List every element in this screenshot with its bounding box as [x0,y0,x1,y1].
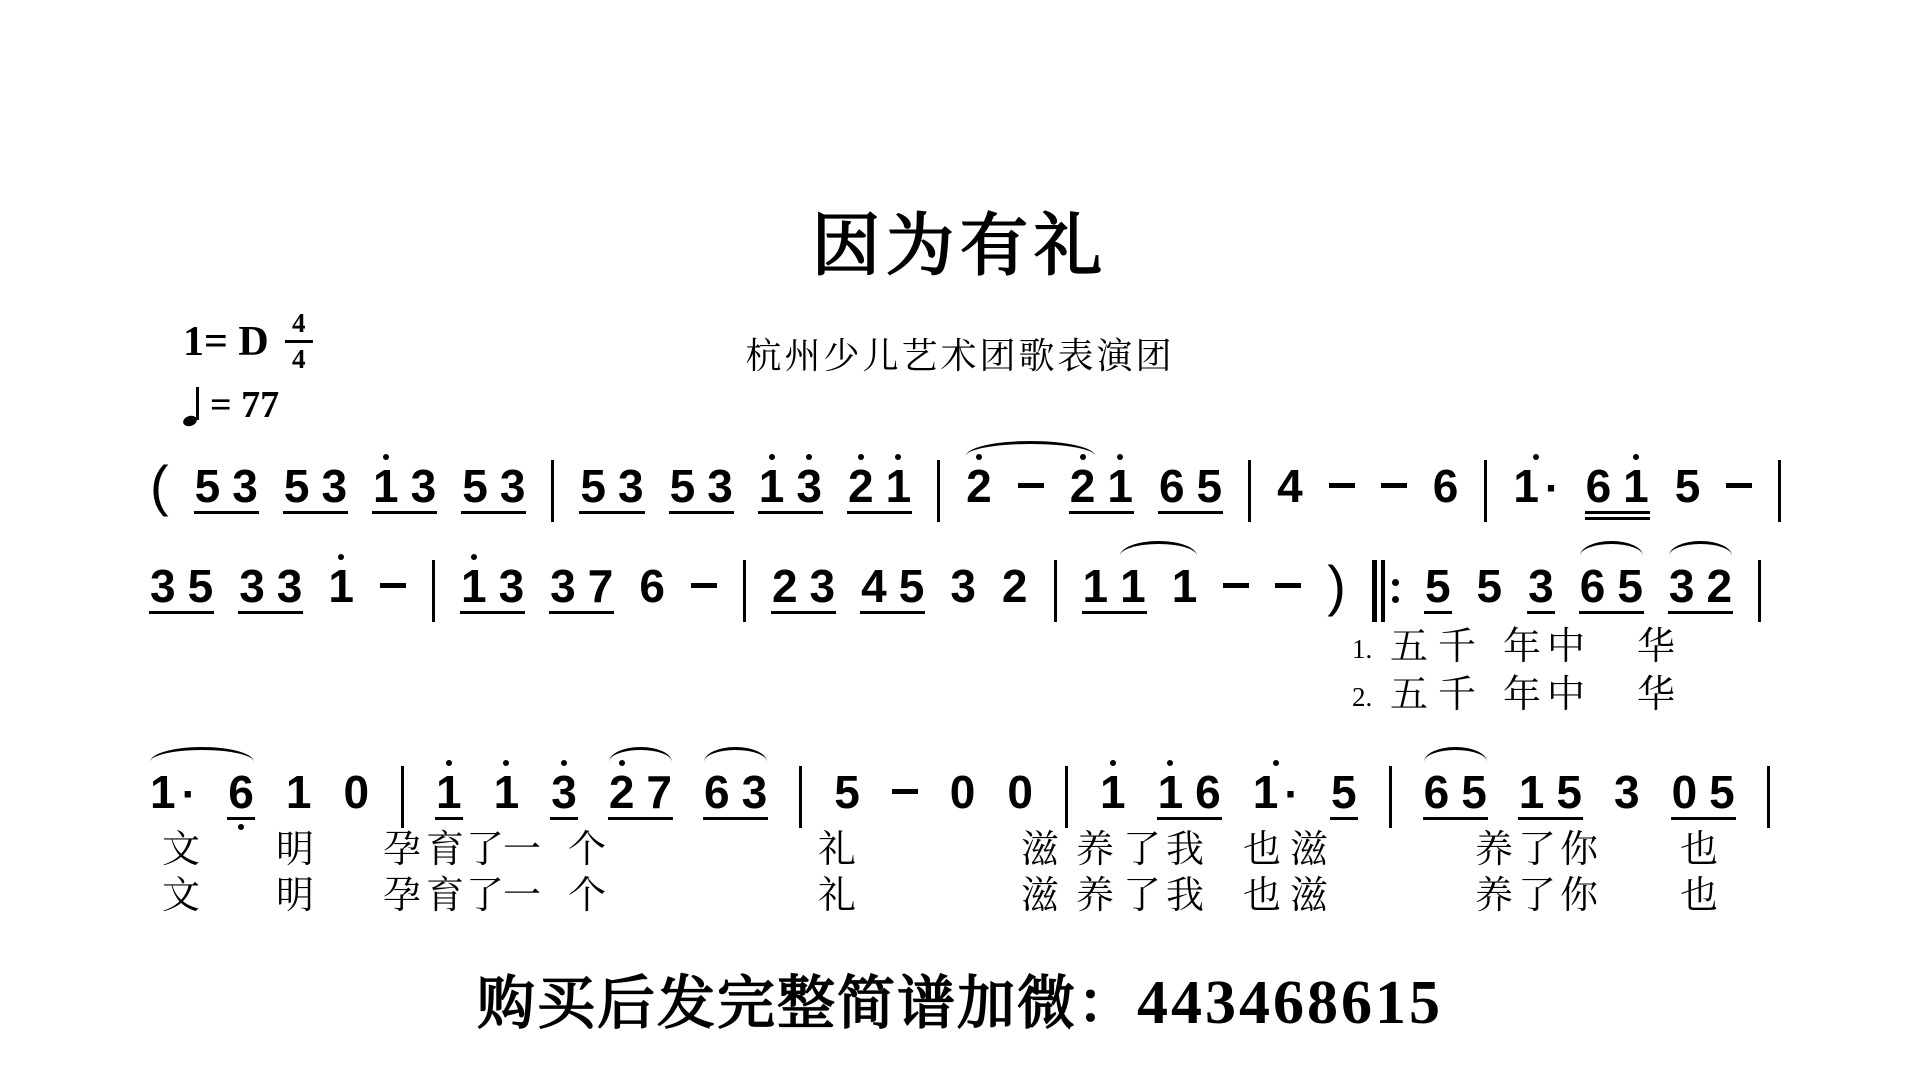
lyric-syllable: 了 [1123,877,1161,915]
duration-dash [1018,452,1044,488]
augmentation-dot: · [1545,469,1560,509]
slur-arc [1424,747,1487,762]
note: 5 [1477,552,1503,624]
lyric-syllable: 千 [1438,676,1476,714]
note: 3 [1614,758,1640,830]
note: 0 [1007,758,1033,830]
note-digit: 5 [899,563,925,609]
intro-paren-open: ( [150,456,169,516]
lyric-syllable: 中 [1547,676,1585,714]
note-digit: 6 [639,563,665,609]
note-digit: 1 [286,769,312,815]
note-digit: 3 [232,463,258,509]
lyric-syllable: 了 [1518,877,1556,915]
beam-line [194,511,259,514]
beam-line [579,511,644,514]
note: 6 [1433,452,1459,524]
note-digit: 5 [1197,463,1223,509]
footer-label: 购买后发完整简谱加微： [477,971,1137,1036]
note-digit: 3 [550,563,576,609]
note: 2 [966,452,992,524]
lyric-syllable: 年 [1503,628,1541,666]
note-digit: 5 [1425,563,1451,609]
verse-number: 1. [1352,636,1372,663]
lyric-syllable: 中 [1547,628,1585,666]
lyric-syllable: 明 [276,877,314,915]
beam-line [1518,817,1583,820]
lyric-syllable: 五 [1390,628,1428,666]
note-digit: 6 [704,769,730,815]
lyric-syllable: 养 [1076,877,1114,915]
note: 1 [328,552,354,624]
note: 6 [639,552,665,624]
lyric-syllable: 礼 [818,877,856,915]
barline [1389,766,1392,828]
beam-line [238,611,303,614]
tempo-marking: = 77 [183,383,313,427]
beam-line [1424,611,1452,614]
barline [937,460,940,522]
verse-number: 2. [1352,684,1372,711]
note: 2 [1002,552,1028,624]
lyric-syllable: 也 [1680,877,1718,915]
duration-dash [1726,452,1752,488]
note-digit: 3 [1669,563,1695,609]
lyric-syllable: 也 [1243,877,1281,915]
note-digit: 2 [848,463,874,509]
slur-arc [609,747,672,762]
beam-line [1330,817,1358,820]
lyric-syllable: 华 [1637,628,1675,666]
beam-line [435,817,463,820]
note-digit: 1 [1100,769,1126,815]
note-digit: 1 [886,463,912,509]
note-digit: 1 [494,769,520,815]
note: 5 [834,758,860,830]
lyric-syllable: 育 [426,877,464,915]
lyric-syllable: 我 [1166,831,1204,869]
note-digit: 6 [1586,463,1612,509]
lyric-syllable: 养 [1475,831,1513,869]
note-digit: 1 [1253,769,1279,815]
note-digit: 0 [343,769,369,815]
note-digit: 3 [1528,563,1554,609]
lyric-syllable: 文 [162,877,200,915]
beam-line [608,817,673,820]
note-digit: 3 [551,769,577,815]
lyric-syllable: 滋 [1021,877,1059,915]
lyric-syllable: 文 [162,831,200,869]
beam-line [1671,817,1736,820]
beam-line [847,511,912,514]
note-digit: 5 [580,463,606,509]
note-digit: 0 [1007,769,1033,815]
note-digit: 2 [966,463,992,509]
note-digit: 3 [1614,769,1640,815]
note-digit: 6 [1433,463,1459,509]
lyric-syllable: 年 [1503,676,1541,714]
beam-line [549,611,614,614]
note-digit: 1 [1107,463,1133,509]
note-digit: 1 [373,463,399,509]
duration-dash [892,758,918,794]
barline [551,460,554,522]
lyric-syllable: 华 [1637,676,1675,714]
note-digit: 1 [1158,769,1184,815]
duration-dash [1275,552,1301,588]
barline [743,560,746,622]
note-digit: 2 [1707,563,1733,609]
note: 0 [343,758,369,830]
lyric-syllable: 千 [1438,628,1476,666]
octave-dot-below [238,824,244,830]
note-digit: 1 [759,463,785,509]
beam-line [1668,611,1733,614]
beam-line [283,511,348,514]
lyric-syllable: 五 [1390,676,1428,714]
slur-arc [966,441,1095,456]
lyric-syllable: 滋 [1290,831,1328,869]
duration-dash [691,552,717,588]
lyric-syllable: 我 [1166,877,1204,915]
barline [1758,560,1761,622]
beam-line [461,511,526,514]
duration-dash [380,552,406,588]
note-digit: 5 [834,769,860,815]
duration-dash [1223,552,1249,588]
beam-line [1527,611,1555,614]
beam-line [1069,511,1134,514]
note-digit: 5 [1709,769,1735,815]
footer-wechat-number: 443468615 [1137,969,1443,1037]
lyric-syllable: 养 [1076,831,1114,869]
note: 4 [1277,452,1303,524]
note-digit: 6 [1424,769,1450,815]
note-digit: 1 [436,769,462,815]
footer-banner: 购买后发完整简谱加微：443468615 [0,956,1920,1040]
note-digit: 5 [188,563,214,609]
note-digit: 1 [1083,563,1109,609]
note-digit: 3 [277,563,303,609]
beam-line [703,817,768,820]
lyric-syllable: 育 [426,831,464,869]
beam-line [1158,511,1223,514]
intro-paren-close: ) [1327,556,1346,616]
barline [799,766,802,828]
note: 1· [1513,452,1559,524]
note-digit: 6 [1159,463,1185,509]
note-digit: 6 [228,769,254,815]
duration-dash [1329,452,1355,488]
sheet-music-page: 因为有礼 1= D 4 4 = 77 杭州少儿艺术团歌表演团 (53531353… [0,0,1920,1080]
note-digit: 5 [462,463,488,509]
note: 1 [494,758,520,830]
beam-line [1579,611,1644,614]
lyric-syllable: 也 [1680,831,1718,869]
barline [432,560,435,622]
lyric-syllable: 你 [1560,877,1598,915]
lyric-syllable: 了 [1518,831,1556,869]
note-digit: 3 [500,463,526,509]
lyric-syllable: 孕 [383,877,421,915]
note: 1 [1100,758,1126,830]
note-digit: 0 [1672,769,1698,815]
lyric-syllable: 个 [568,877,606,915]
beam-line [860,611,925,614]
note-digit: 2 [772,563,798,609]
duration-dash [1381,452,1407,488]
repeat-start-sign [1372,560,1399,622]
barline [1065,766,1068,828]
note: 0 [950,758,976,830]
beam-line [1157,817,1222,820]
beam-line [1082,611,1147,614]
note-digit: 5 [1617,563,1643,609]
note-digit: 5 [195,463,221,509]
barline [1248,460,1251,522]
note-digit: 1 [1120,563,1146,609]
note-digit: 1 [1519,769,1545,815]
beam-line [372,511,437,514]
lyric-syllable: 你 [1560,831,1598,869]
note-digit: 2 [1070,463,1096,509]
beam-line [1585,511,1650,514]
beam-line [149,611,214,614]
note-digit: 5 [1556,769,1582,815]
lyric-syllable: 个 [568,831,606,869]
note-digit: 4 [861,563,887,609]
lyric-syllable: 养 [1475,877,1513,915]
note-digit: 1 [328,563,354,609]
beam-line [771,611,836,614]
slur-arc [704,747,767,762]
note-digit: 3 [707,463,733,509]
beam-line [550,817,578,820]
note-digit: 7 [646,769,672,815]
note-digit: 3 [499,563,525,609]
augmentation-dot: · [1284,775,1299,815]
beam-line [460,611,525,614]
lyric-syllable: 了 [466,877,504,915]
note: 1 [286,758,312,830]
slur-arc [150,747,254,762]
barline [1767,766,1770,828]
note-digit: 3 [618,463,644,509]
beam-line [758,511,823,514]
performer-credit: 杭州少儿艺术团歌表演团 [0,328,1920,379]
note-digit: 3 [150,563,176,609]
note-digit: 1 [1623,463,1649,509]
note-digit: 5 [1675,463,1701,509]
note-digit: 1 [150,769,176,815]
note-digit: 3 [742,769,768,815]
note-digit: 3 [411,463,437,509]
slur-arc [1120,541,1197,556]
beam-line [1585,517,1650,520]
note: 1 [1172,552,1198,624]
note-digit: 5 [670,463,696,509]
tempo-value: = 77 [210,383,279,427]
note-digit: 6 [1195,769,1221,815]
barline [1054,560,1057,622]
music-line-3: 1·61011327635001161·56515305 [150,758,1770,830]
note-digit: 1 [461,563,487,609]
note-digit: 3 [810,563,836,609]
note-digit: 3 [950,563,976,609]
note-digit: 5 [284,463,310,509]
barline [401,766,404,828]
lyric-syllable: 一 [503,877,541,915]
note-digit: 5 [1461,769,1487,815]
note-digit: 1 [1513,463,1539,509]
lyric-syllable: 明 [276,831,314,869]
note-digit: 5 [1477,563,1503,609]
slur-arc [1580,541,1643,556]
lyric-syllable: 滋 [1290,877,1328,915]
note-digit: 6 [1580,563,1606,609]
note: 5 [1675,452,1701,524]
lyric-syllable: 了 [466,831,504,869]
lyric-syllable: 也 [1243,831,1281,869]
lyric-syllable: 孕 [383,831,421,869]
lyric-syllable: 滋 [1021,831,1059,869]
note-digit: 2 [609,769,635,815]
note-digit: 4 [1277,463,1303,509]
beam-line [227,817,255,820]
note-digit: 5 [1331,769,1357,815]
note: 1· [150,758,196,830]
note: 3 [950,552,976,624]
beam-line [669,511,734,514]
note-digit: 3 [239,563,265,609]
note-digit: 0 [950,769,976,815]
barline [1778,460,1781,522]
note-digit: 1 [1172,563,1198,609]
note-digit: 3 [796,463,822,509]
note-digit: 7 [588,563,614,609]
note-digit: 3 [321,463,347,509]
lyric-syllable: 礼 [818,831,856,869]
note-digit: 2 [1002,563,1028,609]
music-line-1: (535313535353132122165461·615 [150,452,1781,524]
song-title: 因为有礼 [0,192,1920,289]
lyric-syllable: 了 [1123,831,1161,869]
note: 1· [1253,758,1299,830]
augmentation-dot: · [182,775,197,815]
quarter-note-icon [183,387,200,427]
barline [1484,460,1487,522]
music-line-2: 3533113376234532111)5536532 [150,552,1761,624]
beam-line [1423,817,1488,820]
lyric-syllable: 一 [503,831,541,869]
slur-arc [1669,541,1732,556]
